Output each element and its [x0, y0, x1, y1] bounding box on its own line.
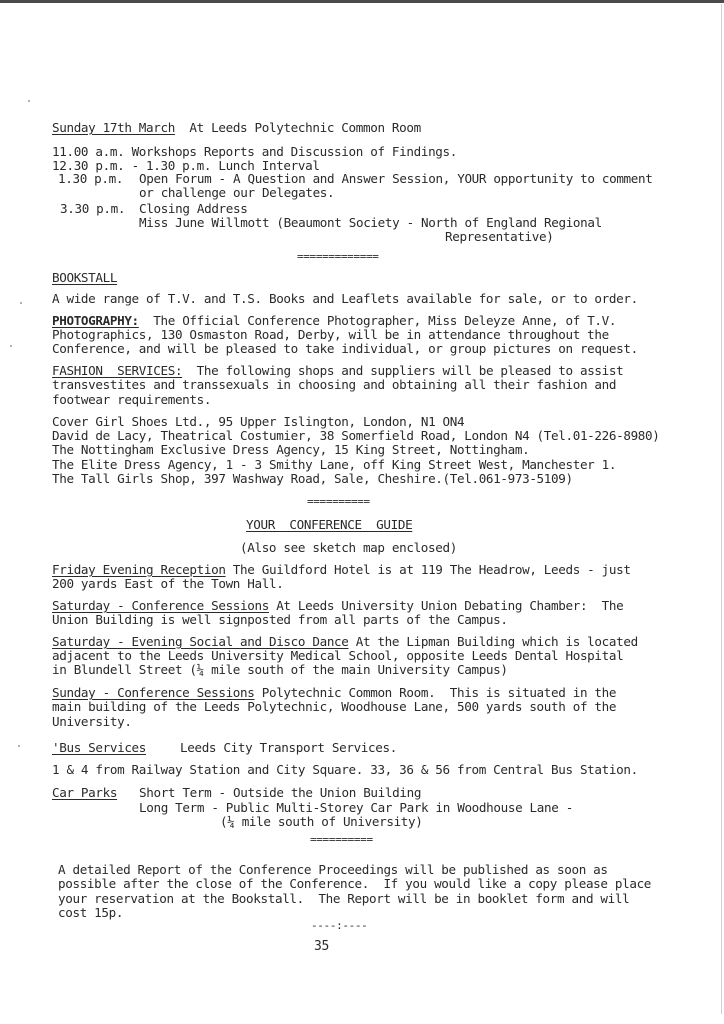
scan-speck: [18, 745, 20, 747]
document-page: Sunday 17th March At Leeds Polytechnic C…: [0, 0, 724, 1024]
car-parks-line-2: Long Term - Public Multi-Storey Car Park…: [139, 800, 573, 815]
bus-line-1: Leeds City Transport Services.: [180, 740, 397, 755]
saturday-sessions-line-1: Saturday - Conference Sessions At Leeds …: [52, 598, 623, 613]
supplier-item: The Nottingham Exclusive Dress Agency, 1…: [52, 442, 529, 457]
car-parks-line-3: (¼ mile south of University): [220, 814, 423, 829]
sunday-sessions-line-3: University.: [52, 714, 132, 729]
sunday-sessions-heading: Sunday - Conference Sessions: [52, 685, 255, 700]
bookstall-heading: BOOKSTALL: [52, 270, 117, 285]
photography-line-3: Conference, and will be pleased to take …: [52, 341, 638, 356]
fashion-text: The following shops and suppliers will b…: [197, 363, 624, 378]
schedule-item-4-time: 3.30 p.m.: [60, 201, 125, 216]
saturday-social-heading: Saturday - Evening Social and Disco Danc…: [52, 634, 349, 649]
scan-speck: [10, 345, 12, 347]
bus-heading: 'Bus Services: [52, 740, 146, 755]
sunday-heading: Sunday 17th March: [52, 120, 175, 135]
saturday-social-text: At the Lipman Building which is located: [349, 634, 638, 649]
guide-title: YOUR CONFERENCE GUIDE: [246, 517, 412, 532]
saturday-social-line-1: Saturday - Evening Social and Disco Danc…: [52, 634, 638, 649]
schedule-item-3-text2: or challenge our Delegates.: [139, 185, 334, 200]
sunday-header: Sunday 17th March At Leeds Polytechnic C…: [52, 120, 421, 135]
separator-1: =============: [297, 249, 379, 264]
report-line-1: A detailed Report of the Conference Proc…: [58, 862, 608, 877]
saturday-sessions-line-2: Union Building is well signposted from a…: [52, 612, 508, 627]
photography-line-1: PHOTOGRAPHY: The Official Conference Pho…: [52, 313, 616, 328]
car-parks-line-1: Short Term - Outside the Union Building: [139, 785, 421, 800]
schedule-text: Workshops Reports and Discussion of Find…: [132, 144, 457, 159]
schedule-item-3-text: Open Forum - A Question and Answer Sessi…: [139, 171, 652, 186]
friday-line-2: 200 yards East of the Town Hall.: [52, 576, 283, 591]
friday-line-1: Friday Evening Reception The Guildford H…: [52, 562, 631, 577]
photography-line-2: Photographics, 130 Osmaston Road, Derby,…: [52, 327, 609, 342]
supplier-item: Cover Girl Shoes Ltd., 95 Upper Islingto…: [52, 414, 464, 429]
sunday-location: At Leeds Polytechnic Common Room: [189, 120, 420, 135]
schedule-item-4-text: Closing Address: [139, 201, 247, 216]
photography-heading: PHOTOGRAPHY:: [52, 313, 139, 328]
sunday-sessions-line-1: Sunday - Conference Sessions Polytechnic…: [52, 685, 616, 700]
schedule-item-4-text2: Miss June Willmott (Beaumont Society - N…: [139, 215, 602, 230]
guide-subtitle: (Also see sketch map enclosed): [240, 540, 457, 555]
supplier-item: The Elite Dress Agency, 1 - 3 Smithy Lan…: [52, 457, 616, 472]
saturday-sessions-text: At Leeds University Union Debating Chamb…: [269, 598, 623, 613]
report-line-4: cost 15p.: [58, 905, 123, 920]
bookstall-text: A wide range of T.V. and T.S. Books and …: [52, 291, 638, 306]
schedule-item-1: 11.00 a.m. Workshops Reports and Discuss…: [52, 144, 457, 159]
sunday-sessions-line-2: main building of the Leeds Polytechnic, …: [52, 699, 616, 714]
fashion-heading: FASHION SERVICES:: [52, 363, 182, 378]
separator-3: ==========: [310, 832, 373, 847]
fashion-line-3: footwear requirements.: [52, 392, 211, 407]
sunday-sessions-text: Polytechnic Common Room. This is situate…: [255, 685, 617, 700]
scan-speck: [20, 302, 22, 304]
schedule-item-3-time: 1.30 p.m.: [58, 171, 123, 186]
page-number: 35: [314, 939, 329, 954]
report-line-2: possible after the close of the Conferen…: [58, 876, 651, 891]
fashion-line-1: FASHION SERVICES: The following shops an…: [52, 363, 623, 378]
report-line-3: your reservation at the Bookstall. The R…: [58, 891, 629, 906]
separator-2: ==========: [307, 494, 370, 509]
car-parks-heading: Car Parks: [52, 785, 117, 800]
schedule-time: 11.00 a.m.: [52, 144, 124, 159]
fashion-line-2: transvestites and transsexuals in choosi…: [52, 377, 616, 392]
supplier-item: David de Lacy, Theatrical Costumier, 38 …: [52, 428, 660, 443]
friday-text: The Guildford Hotel is at 119 The Headro…: [226, 562, 631, 577]
bus-line-2: 1 & 4 from Railway Station and City Squa…: [52, 762, 638, 777]
saturday-social-line-2: adjacent to the Leeds University Medical…: [52, 648, 623, 663]
scan-speck: [28, 100, 30, 102]
schedule-item-4-text3: Representative): [445, 229, 553, 244]
end-separator: ----:----: [311, 918, 367, 933]
supplier-item: The Tall Girls Shop, 397 Washway Road, S…: [52, 471, 573, 486]
photography-text: The Official Conference Photographer, Mi…: [153, 313, 616, 328]
friday-heading: Friday Evening Reception: [52, 562, 226, 577]
saturday-sessions-heading: Saturday - Conference Sessions: [52, 598, 269, 613]
saturday-social-line-3: in Blundell Street (¼ mile south of the …: [52, 662, 508, 677]
